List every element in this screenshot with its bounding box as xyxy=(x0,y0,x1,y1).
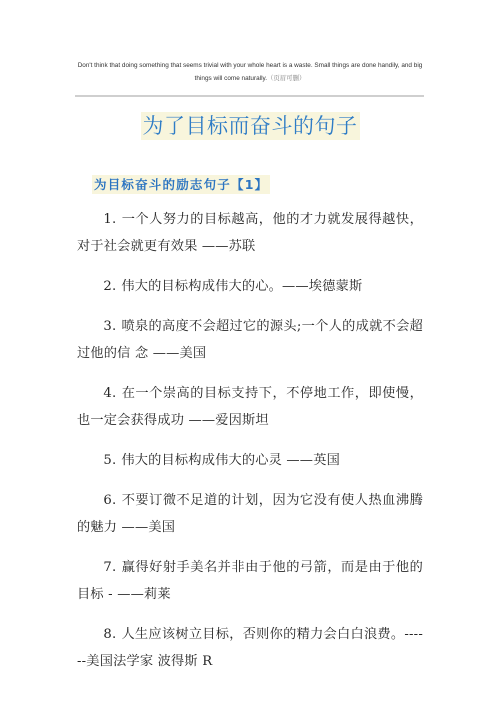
quote-text: 赢得好射手美名并非由于他的弓箭，而是由于他的目标 - ——莉莱 xyxy=(77,560,423,602)
header-note: （页眉可删） xyxy=(267,75,305,82)
quote-number: 7. xyxy=(103,560,116,575)
quote-item: 3.喷泉的高度不会超过它的源头;一个人的成就不会超过他的信 念 ——美国 xyxy=(77,313,423,367)
quote-text: 人生应该树立目标，否则你的精力会白白浪费。------美国法学家 波得斯 R xyxy=(77,627,423,669)
quote-number: 8. xyxy=(103,627,116,642)
quote-number: 1. xyxy=(103,212,116,227)
quote-number: 3. xyxy=(103,319,116,334)
quote-text: 喷泉的高度不会超过它的源头;一个人的成就不会超过他的信 念 ——美国 xyxy=(77,319,423,361)
document-title: 为了目标而奋斗的句子 xyxy=(141,112,360,140)
quote-item: 6.不要订微不足道的计划，因为它没有使人热血沸腾的魅力 ——美国 xyxy=(77,487,423,541)
section-heading: 为目标奋斗的励志句子【1】 xyxy=(92,175,270,194)
quote-item: 1.一个人努力的目标越高，他的才力就发展得越快，对于社会就更有效果 ——苏联 xyxy=(77,206,423,260)
quote-item: 8.人生应该树立目标，否则你的精力会白白浪费。------美国法学家 波得斯 R xyxy=(77,621,423,675)
quote-text: 在一个崇高的目标支持下，不停地工作，即使慢，也一定会获得成功 ——爱因斯坦 xyxy=(77,386,423,428)
quote-text: 一个人努力的目标越高，他的才力就发展得越快，对于社会就更有效果 ——苏联 xyxy=(77,212,423,254)
quote-number: 6. xyxy=(103,493,116,508)
header-quote: Don't think that doing something that se… xyxy=(78,62,423,82)
quote-item: 5.伟大的目标构成伟大的心灵 ——英国 xyxy=(77,447,423,474)
quote-number: 2. xyxy=(103,279,116,294)
quote-list: 1.一个人努力的目标越高，他的才力就发展得越快，对于社会就更有效果 ——苏联 2… xyxy=(77,206,423,688)
header-divider xyxy=(75,95,424,97)
quote-text: 伟大的目标构成伟大的心。——埃德蒙斯 xyxy=(121,279,362,294)
title-container: 为了目标而奋斗的句子 xyxy=(0,112,500,140)
quote-number: 4. xyxy=(103,386,116,401)
quote-item: 7.赢得好射手美名并非由于他的弓箭，而是由于他的目标 - ——莉莱 xyxy=(77,554,423,608)
quote-item: 2.伟大的目标构成伟大的心。——埃德蒙斯 xyxy=(77,273,423,300)
quote-number: 5. xyxy=(103,453,116,468)
quote-text: 不要订微不足道的计划，因为它没有使人热血沸腾的魅力 ——美国 xyxy=(77,493,423,535)
page-header: Don't think that doing something that se… xyxy=(75,59,425,85)
quote-text: 伟大的目标构成伟大的心灵 ——英国 xyxy=(121,453,340,468)
quote-item: 4.在一个崇高的目标支持下，不停地工作，即使慢，也一定会获得成功 ——爱因斯坦 xyxy=(77,380,423,434)
